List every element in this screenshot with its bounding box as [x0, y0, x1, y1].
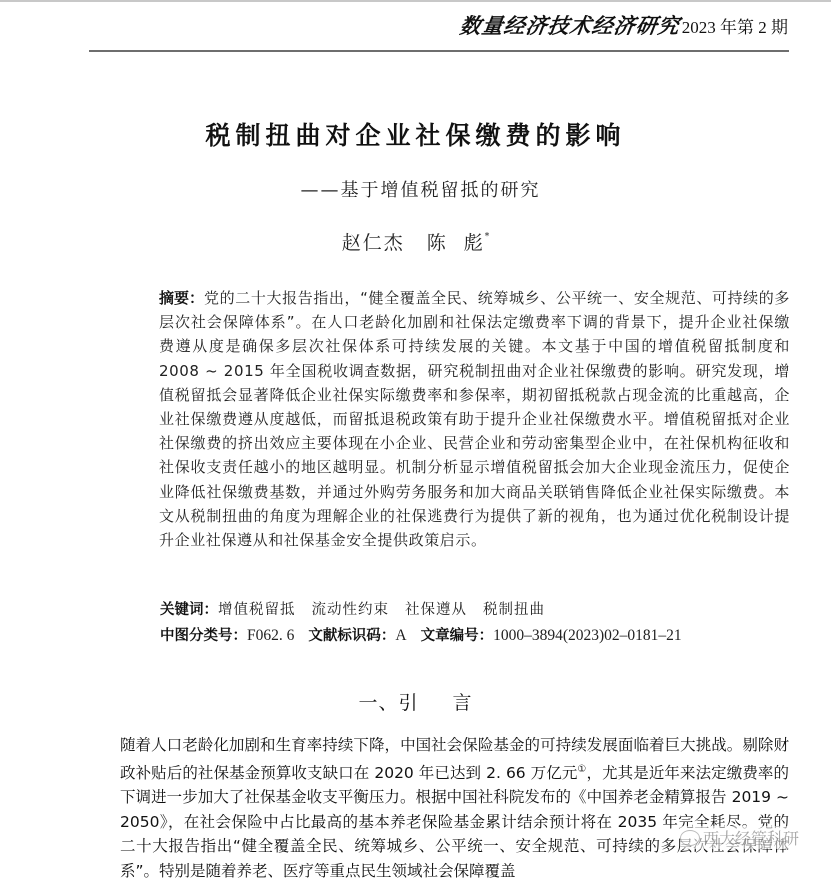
- watermark: 西大经管科研: [680, 826, 799, 849]
- abstract-text: 党的二十大报告指出，“健全覆盖全民、统筹城乡、公平统一、安全规范、可持续的多层次…: [159, 289, 790, 549]
- keyword: 社保遵从: [405, 602, 467, 618]
- keywords: 关键词：增值税留抵流动性约束社保遵从税制扭曲: [160, 598, 561, 619]
- journal-header: 数量经济技术经济研究 2023 年第 2 期: [460, 10, 788, 40]
- journal-issue: 2023 年第 2 期: [682, 13, 788, 38]
- classification-info: 中图分类号：F062. 6文献标识码：A文章编号：1000–3894(2023)…: [160, 624, 696, 645]
- doc-code-value: A: [395, 627, 406, 644]
- keywords-label: 关键词：: [160, 602, 218, 618]
- section-number: 一、引: [358, 692, 418, 714]
- article-no-value: 1000–3894(2023)02–0181–21: [493, 627, 682, 644]
- body-paragraph: 随着人口老龄化加剧和生育率持续下降，中国社会保险基金的可持续发展面临着巨大挑战。…: [89, 733, 789, 879]
- keyword: 增值税留抵: [218, 602, 296, 618]
- watermark-text: 西大经管科研: [703, 826, 799, 849]
- clc-value: F062. 6: [247, 627, 294, 644]
- abstract-label: 摘要：: [159, 289, 204, 307]
- journal-name: 数量经济技术经济研究: [458, 10, 682, 40]
- author-name: 赵仁杰: [342, 228, 405, 255]
- section-title: 言: [453, 692, 473, 714]
- header-rule: [89, 50, 789, 52]
- author-name: 陈彪: [427, 228, 501, 255]
- author-list: 赵仁杰陈彪*: [0, 228, 831, 255]
- doc-code-label: 文献标识码：: [308, 628, 395, 644]
- article-subtitle: ——基于增值税留抵的研究: [0, 176, 831, 202]
- top-border: [0, 0, 831, 2]
- section-heading: 一、引言: [0, 688, 831, 715]
- article-no-label: 文章编号：: [421, 628, 494, 644]
- author-note-marker: *: [485, 232, 490, 242]
- keyword: 流动性约束: [312, 602, 390, 618]
- keyword: 税制扭曲: [483, 602, 545, 618]
- abstract: 摘要：党的二十大报告指出，“健全覆盖全民、统筹城乡、公平统一、安全规范、可持续的…: [120, 286, 790, 552]
- article-title: 税制扭曲对企业社保缴费的影响: [0, 116, 831, 152]
- wechat-icon: [680, 830, 700, 846]
- clc-label: 中图分类号：: [160, 628, 247, 644]
